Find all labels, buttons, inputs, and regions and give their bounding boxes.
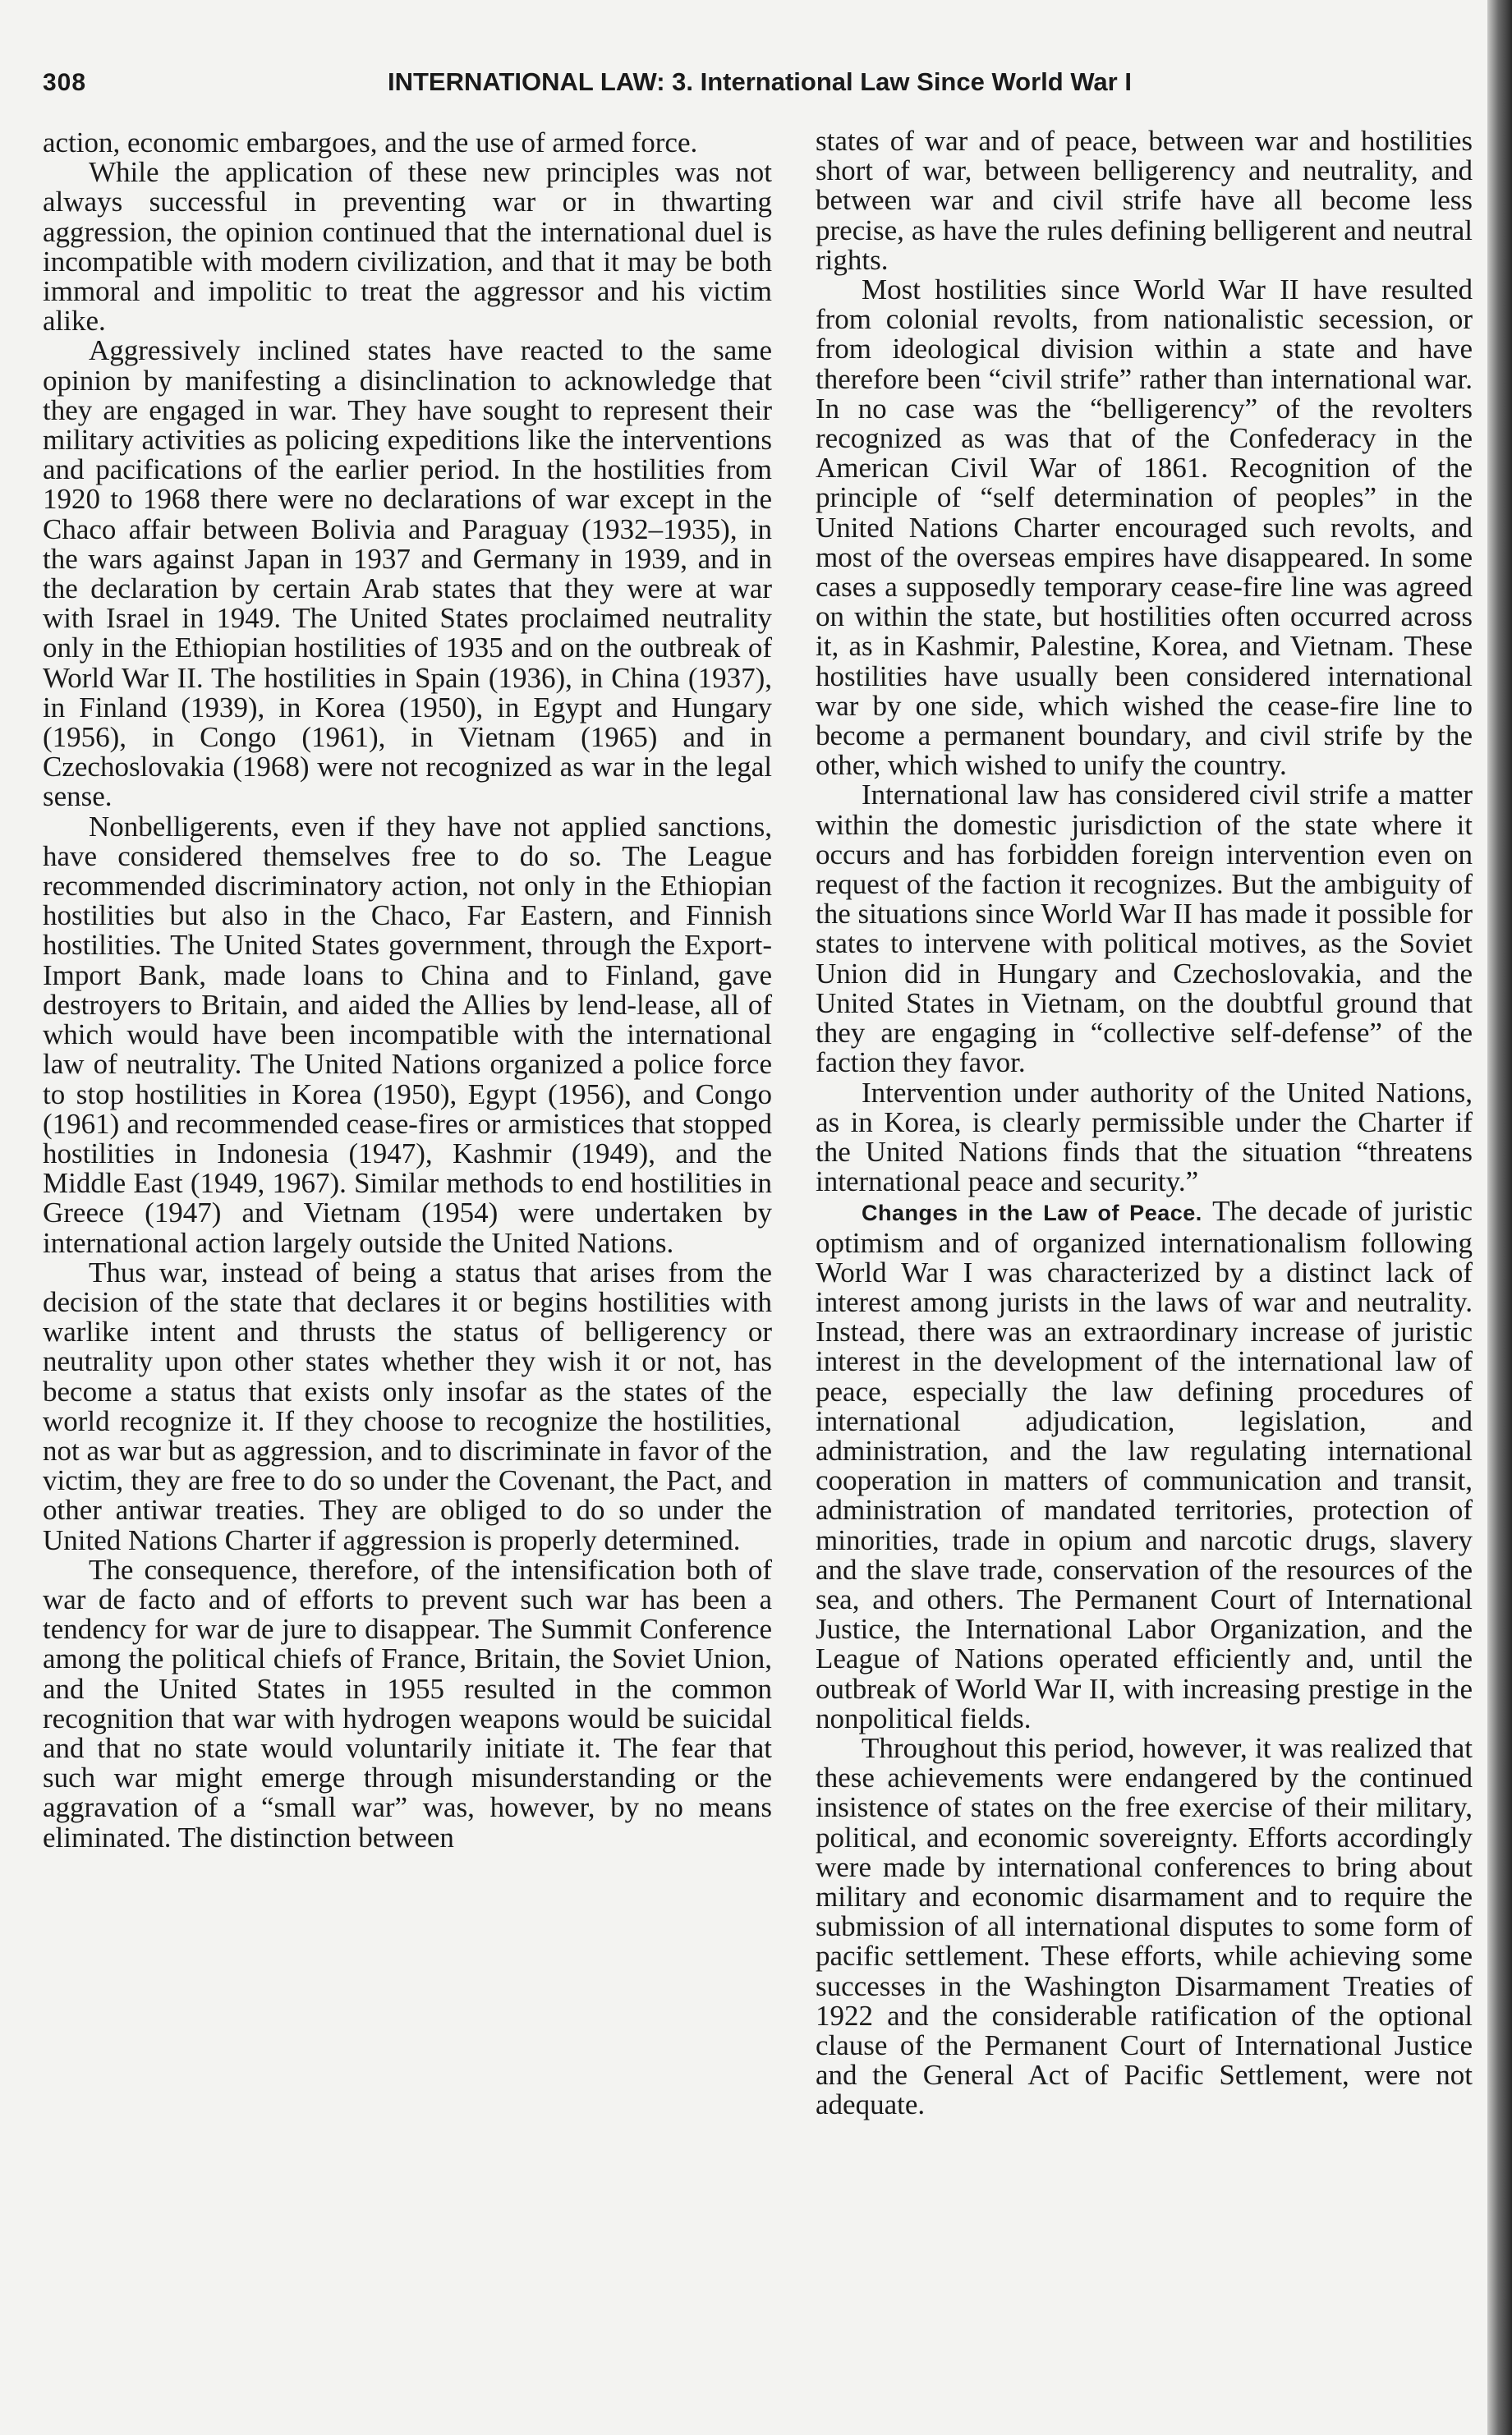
- paragraph: While the application of these new princ…: [43, 158, 772, 336]
- paragraph: Intervention under authority of the Unit…: [816, 1078, 1473, 1197]
- paragraph: International law has considered civil s…: [816, 780, 1473, 1077]
- paragraph: Aggressively inclined states have reacte…: [43, 336, 772, 811]
- left-column: action, economic embargoes, and the use …: [43, 128, 772, 1853]
- paragraph: states of war and of peace, between war …: [816, 126, 1473, 275]
- page-header: 308 INTERNATIONAL LAW: 3. International …: [43, 66, 1463, 115]
- paragraph: Nonbelligerents, even if they have not a…: [43, 812, 772, 1258]
- book-spine-shadow: [1487, 0, 1512, 2435]
- section-lead-paragraph: Changes in the Law of Peace. The decade …: [816, 1197, 1473, 1734]
- running-title: INTERNATIONAL LAW: 3. International Law …: [388, 67, 1132, 97]
- paragraph: The consequence, therefore, of the inten…: [43, 1555, 772, 1853]
- section-subheading: Changes in the Law of Peace.: [862, 1201, 1202, 1225]
- paragraph: Thus war, instead of being a status that…: [43, 1258, 772, 1555]
- paragraph: action, economic embargoes, and the use …: [43, 128, 772, 158]
- section-lead-text: The decade of juristic optimism and of o…: [816, 1195, 1473, 1734]
- paragraph: Throughout this period, however, it was …: [816, 1734, 1473, 2120]
- paragraph: Most hostilities since World War II have…: [816, 275, 1473, 780]
- right-column: states of war and of peace, between war …: [816, 126, 1473, 2120]
- page-number: 308: [43, 69, 86, 97]
